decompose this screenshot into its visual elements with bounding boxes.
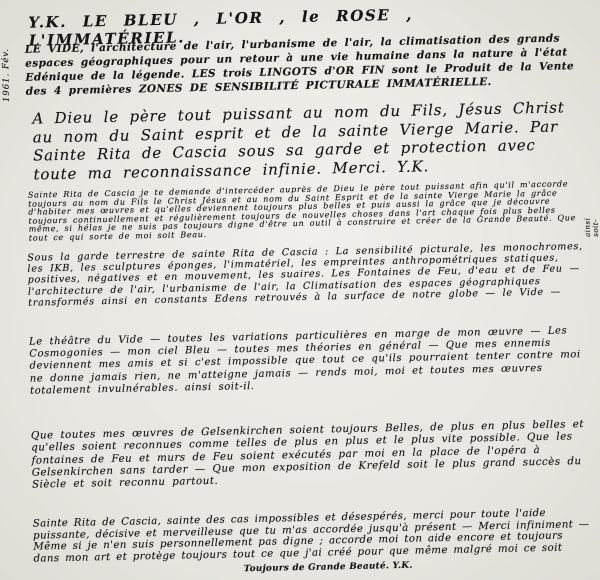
manuscript-content: 1961. Fév. Y.K. LE BLEU , L'OR , le ROSE…	[0, 0, 600, 580]
closing-paragraph: Sainte Rita de Cascia, sainte des cas im…	[33, 507, 594, 565]
margin-note-ainsi-soit-il: ainsi soit-il	[584, 217, 600, 237]
intro-paragraph: LE VIDE, l'architecture de l'air, l'urba…	[25, 31, 584, 99]
margin-date-note: 1961. Fév.	[1, 48, 12, 102]
prayer-paragraph: Sainte Rita de Cascia je te demande d'in…	[28, 180, 581, 243]
theatre-du-vide-paragraph: Le théâtre du Vide — toutes les variatio…	[29, 325, 588, 398]
manuscript-page: 1961. Fév. Y.K. LE BLEU , L'OR , le ROSE…	[0, 0, 600, 580]
closing-signature-line: Toujours de Grande Beauté. Y.K.	[244, 559, 484, 574]
dedication-paragraph: A Dieu le père tout puissant au nom du F…	[32, 98, 581, 183]
garde-terrestre-paragraph: Sous la garde terrestre de sainte Rita d…	[27, 241, 586, 309]
gelsenkirchen-paragraph: Que toutes mes œuvres de Gelsenkirchen s…	[31, 418, 592, 491]
